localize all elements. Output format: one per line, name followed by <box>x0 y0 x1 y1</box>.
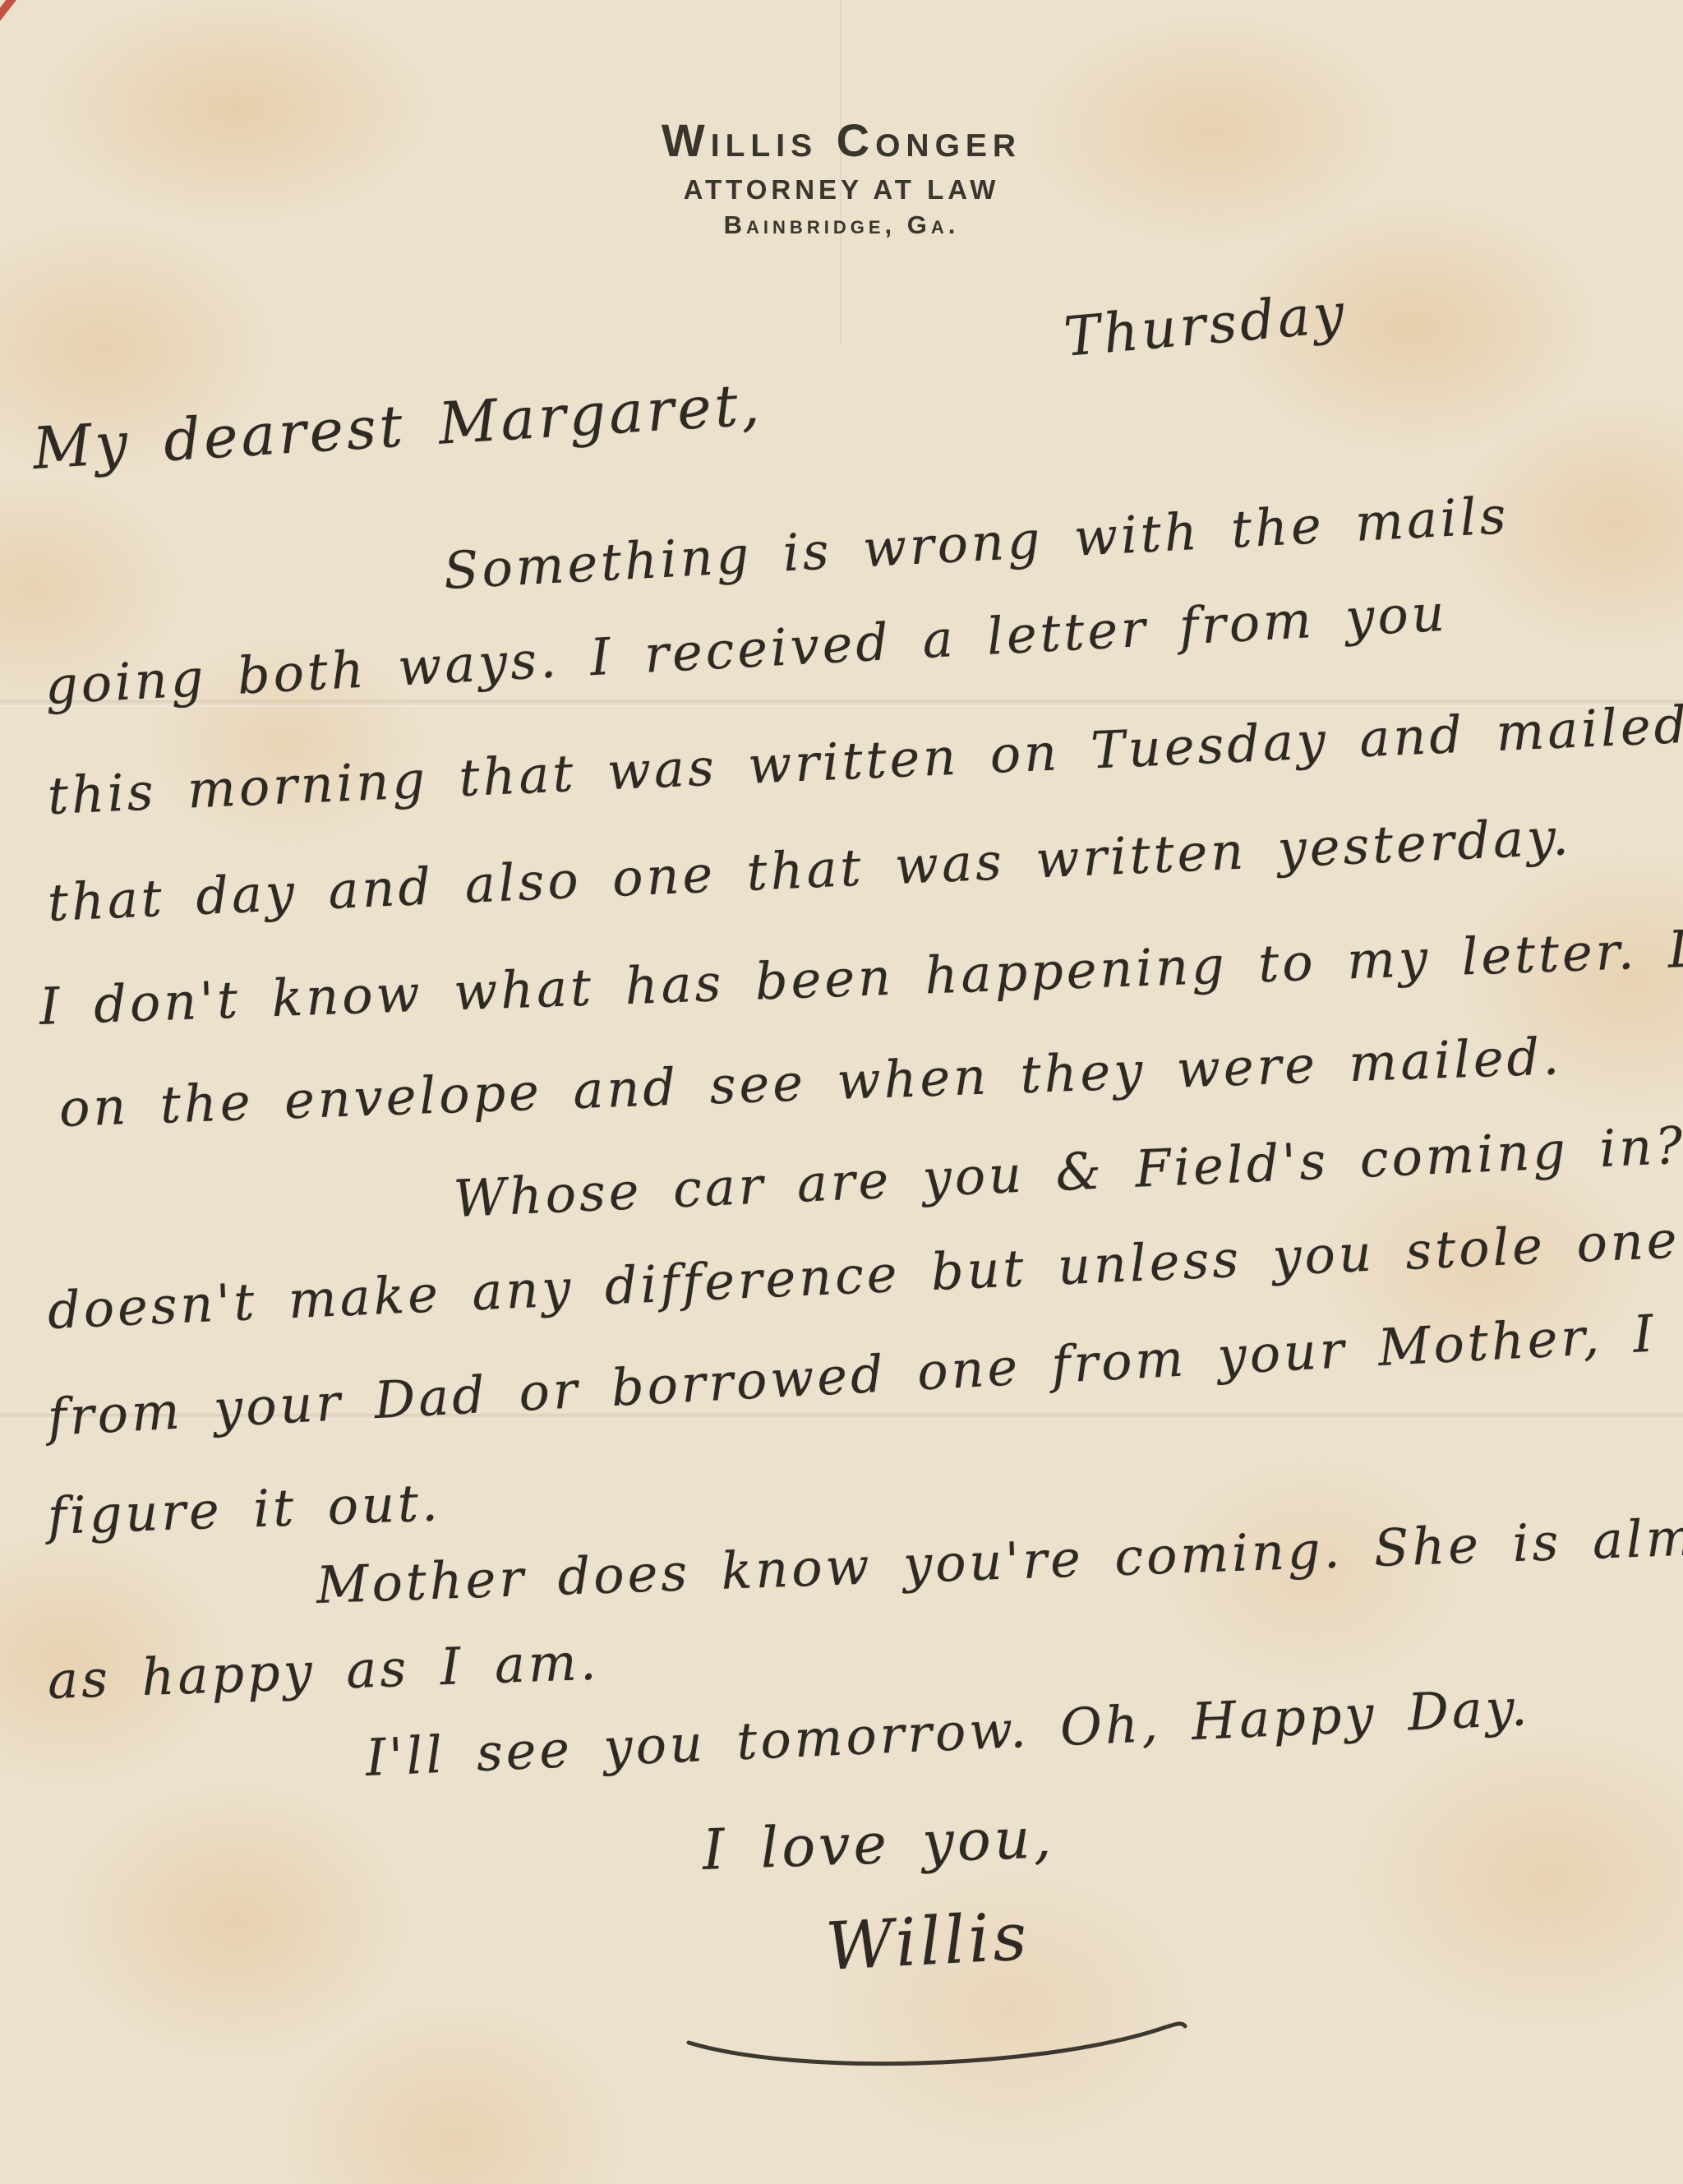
letter-line: Something is wrong with the mails <box>442 485 1510 601</box>
letter-line: on the envelope and see when they were m… <box>58 1026 1563 1138</box>
letter-page: Willis Conger Attorney at Law Bainbridge… <box>0 0 1683 2184</box>
letter-line: going both ways. I received a letter fro… <box>44 583 1449 716</box>
letter-line: Mother does know you're coming. She is a… <box>316 1504 1683 1615</box>
letter-date: Thursday <box>1062 281 1350 369</box>
letterhead-name: Willis Conger <box>662 113 1021 167</box>
fold-crease-vertical <box>840 0 843 345</box>
letter-line: as happy as I am. <box>47 1632 601 1711</box>
letterhead-location: Bainbridge, Ga. <box>724 210 960 240</box>
letter-salutation: My dearest Margaret, <box>30 371 764 483</box>
corner-ink-mark <box>0 0 24 62</box>
letter-line: I'll see you tomorrow. Oh, Happy Day. <box>364 1677 1531 1788</box>
letter-signature: Willis <box>824 1898 1032 1985</box>
signature-flourish <box>682 2010 1192 2075</box>
letter-line: figure it out. <box>47 1472 442 1546</box>
letter-line: Whose car are you & Field's coming in? I… <box>452 1111 1683 1229</box>
letter-valediction: I love you, <box>702 1806 1056 1883</box>
letter-line: this morning that was written on Tuesday… <box>46 695 1683 826</box>
letter-line: that day and also one that was written y… <box>46 806 1572 933</box>
letterhead-title: Attorney at Law <box>684 174 1000 205</box>
letter-line: I don't know what has been happening to … <box>39 915 1683 1037</box>
